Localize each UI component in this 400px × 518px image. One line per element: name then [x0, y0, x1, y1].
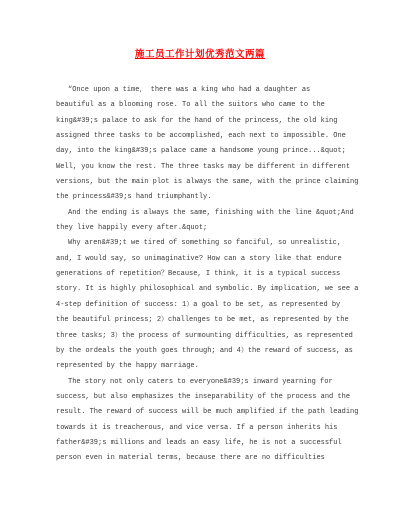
text-line: by the ordeals the youth goes through; a…	[56, 344, 348, 359]
text-line: day, into the king&#39;s palace came a h…	[56, 144, 348, 159]
page-title: 施工员工作计划优秀范文两篇	[0, 0, 400, 62]
text-line: generations of repetition？Because, I thi…	[56, 267, 348, 282]
text-line: assigned three tasks to be accomplished,…	[56, 129, 348, 144]
text-line: 4-step definition of success: 1）a goal t…	[56, 298, 348, 313]
text-line: beautiful as a blooming rose. To all the…	[56, 98, 348, 113]
text-line: the beautiful princess; 2）challenges to …	[56, 313, 348, 328]
text-line: The story not only caters to everyone&#3…	[56, 375, 348, 390]
text-line: Well, you know the rest. The three tasks…	[56, 160, 348, 175]
text-line: story. It is highly philosophical and sy…	[56, 282, 348, 297]
text-line: they live happily every after.&quot;	[56, 221, 348, 236]
document-page: 施工员工作计划优秀范文两篇 “Once upon a time， there w…	[0, 0, 400, 518]
text-line: And the ending is always the same, finis…	[56, 206, 348, 221]
text-line: success, but also emphasizes the insepar…	[56, 390, 348, 405]
text-line: king&#39;s palace to ask for the hand of…	[56, 114, 348, 129]
text-line: Why aren&#39;t we tired of something so …	[56, 236, 348, 251]
text-line: person even in material terms, because t…	[56, 451, 348, 466]
text-line: and, I would say, so unimaginative? How …	[56, 252, 348, 267]
text-line: the princess&#39;s hand triumphantly.	[56, 190, 348, 205]
text-line: three tasks; 3）the process of surmountin…	[56, 329, 348, 344]
text-line: result. The reward of success will be mu…	[56, 405, 348, 420]
document-body: “Once upon a time， there was a king who …	[56, 83, 348, 467]
text-line: father&#39;s millions and leads an easy …	[56, 436, 348, 451]
text-line: towards it is treacherous, and vice vers…	[56, 421, 348, 436]
text-line: represented by the happy marriage.	[56, 359, 348, 374]
text-line: versions, but the main plot is always th…	[56, 175, 348, 190]
text-line: “Once upon a time， there was a king who …	[56, 83, 348, 98]
